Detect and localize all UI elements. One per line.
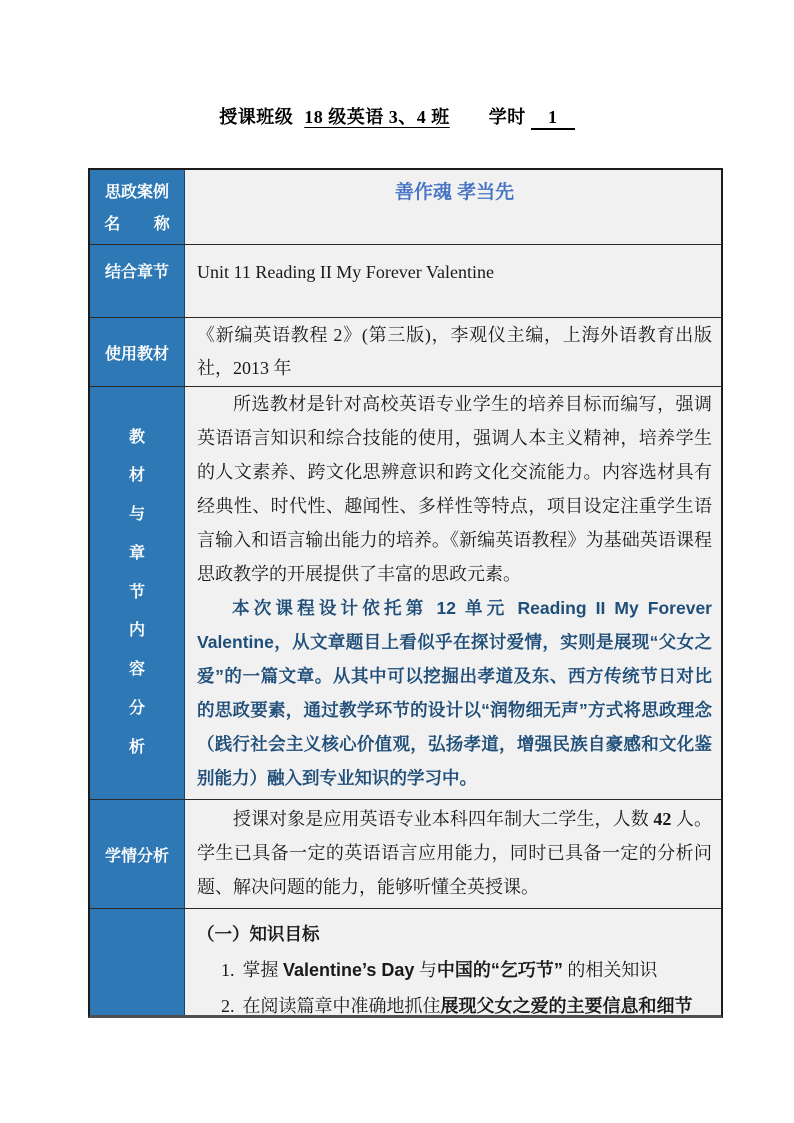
case-name-label-char-left: 名: [104, 211, 120, 234]
table-row-objectives: （一）知识目标 1. 掌握 Valentine’s Day 与中国的“乞巧节” …: [90, 909, 721, 1015]
chapter-label-cell: 结合章节: [90, 245, 185, 317]
objectives-item-1-number: 1.: [221, 952, 235, 988]
analysis-label-vertical: 教材与章节内容分析: [128, 419, 146, 767]
case-name-label-cell: 思政案例 名 称: [90, 170, 185, 244]
chapter-value: Unit 11 Reading II My Forever Valentine: [185, 245, 721, 317]
textbook-label-cell: 使用教材: [90, 318, 185, 386]
class-name-value: 18 级英语 3、4 班: [304, 107, 450, 127]
analysis-paragraph-2: 本次课程设计依托第 12 单元 Reading II My Forever Va…: [197, 591, 712, 795]
table-row-content-analysis: 教材与章节内容分析 所选教材是针对高校英语专业学生的培养目标而编写，强调英语语言…: [90, 387, 721, 800]
textbook-label: 使用教材: [105, 341, 169, 364]
table-row-textbook: 使用教材 《新编英语教程 2》(第三版)，李观仪主编，上海外语教育出版社，201…: [90, 318, 721, 387]
case-name-label-char-right: 称: [154, 211, 170, 234]
objectives-heading: （一）知识目标: [197, 916, 712, 952]
case-name-value: 善作魂 孝当先: [185, 170, 721, 244]
objectives-item-2-number: 2.: [221, 988, 235, 1015]
hours-label: 学时: [489, 107, 526, 127]
table-row-chapter: 结合章节 Unit 11 Reading II My Forever Valen…: [90, 245, 721, 318]
case-name-label-line2: 名 称: [104, 211, 170, 234]
objectives-item-2: 2. 在阅读篇章中准确地抓住展现父女之爱的主要信息和细节: [197, 988, 712, 1015]
hours-value: 1: [531, 108, 575, 130]
case-name-label-line1: 思政案例: [105, 179, 169, 202]
table-row-case-name: 思政案例 名 称 善作魂 孝当先: [90, 170, 721, 245]
objectives-item-2-text: 在阅读篇章中准确地抓住展现父女之爱的主要信息和细节: [243, 988, 693, 1015]
lesson-plan-table: 思政案例 名 称 善作魂 孝当先 结合章节 Unit 11 Reading II…: [88, 168, 723, 1018]
objectives-item-1-text: 掌握 Valentine’s Day 与中国的“乞巧节” 的相关知识: [243, 952, 658, 988]
page-title: 授课班级 18 级英语 3、4 班 学时 1: [0, 103, 794, 130]
learner-value: 授课对象是应用英语专业本科四年制大二学生，人数 42 人。学生已具备一定的英语语…: [185, 800, 721, 908]
analysis-paragraph-1: 所选教材是针对高校英语专业学生的培养目标而编写，强调英语语言知识和综合技能的使用…: [197, 387, 712, 591]
objectives-content: （一）知识目标 1. 掌握 Valentine’s Day 与中国的“乞巧节” …: [185, 909, 721, 1015]
chapter-label: 结合章节: [105, 259, 169, 282]
analysis-content: 所选教材是针对高校英语专业学生的培养目标而编写，强调英语语言知识和综合技能的使用…: [185, 387, 721, 799]
table-row-learner-analysis: 学情分析 授课对象是应用英语专业本科四年制大二学生，人数 42 人。学生已具备一…: [90, 800, 721, 909]
objectives-label-cell: [90, 909, 185, 1015]
textbook-value: 《新编英语教程 2》(第三版)，李观仪主编，上海外语教育出版社，2013 年: [185, 318, 721, 386]
analysis-label-cell: 教材与章节内容分析: [90, 387, 185, 799]
objectives-item-1: 1. 掌握 Valentine’s Day 与中国的“乞巧节” 的相关知识: [197, 952, 712, 988]
learner-label-cell: 学情分析: [90, 800, 185, 908]
learner-label: 学情分析: [105, 843, 169, 866]
course-class-label: 授课班级: [219, 107, 293, 127]
